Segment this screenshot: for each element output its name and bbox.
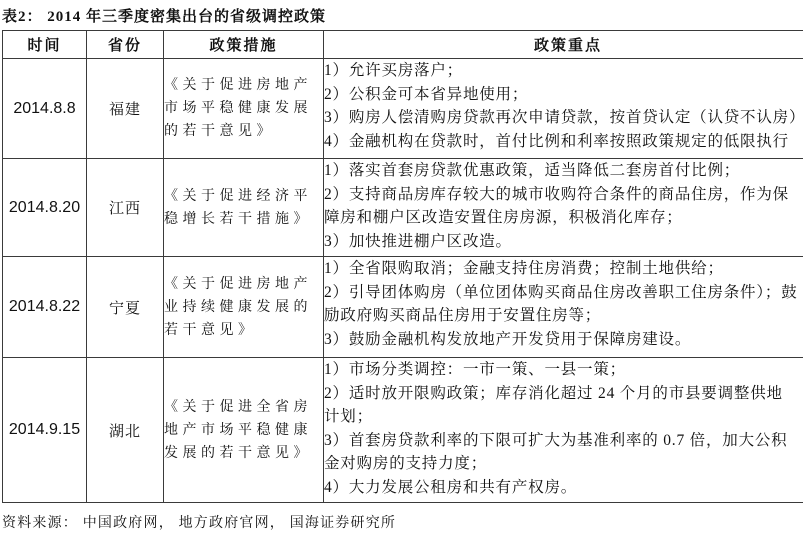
date-cell: 2014.9.15 (3, 358, 87, 503)
policy-point-line: 3）首套房贷款利率的下限可扩大为基准利率的 0.7 倍，加大公积 (324, 429, 803, 453)
table-title: 表2： 2014 年三季度密集出台的省级调控政策 (2, 5, 326, 26)
measure-line: 《关于促进房地产 (164, 273, 323, 296)
table-row: 2014.8.22 宁夏 《关于促进房地产 业持续健康发展的 若干意见》 1）全… (3, 257, 803, 358)
measure-line: 《关于促进房地产 (164, 74, 323, 97)
measure-cell: 《关于促进经济平 稳增长若干措施》 (164, 159, 324, 257)
province-cell: 湖北 (87, 358, 164, 503)
measure-cell: 《关于促进房地产 市场平稳健康发展 的若干意见》 (164, 59, 324, 159)
policy-point-line: 4）大力发展公租房和共有产权房。 (324, 476, 803, 500)
policy-points-cell: 1）全省限购取消；金融支持住房消费；控制土地供给； 2）引导团体购房（单位团体购… (324, 257, 803, 358)
column-header-province: 省份 (87, 31, 164, 59)
policy-point-line: 3）购房人偿清购房贷款再次申请贷款，按首贷认定（认贷不认房） (324, 106, 803, 130)
policy-points-cell: 1）允许买房落户； 2）公积金可本省异地使用； 3）购房人偿清购房贷款再次申请贷… (324, 59, 803, 159)
measure-line: 业持续健康发展的 (164, 296, 323, 319)
source-note: 资料来源： 中国政府网， 地方政府官网， 国海证券研究所 (2, 512, 396, 532)
header-row: 时间 省份 政策措施 政策重点 (3, 31, 803, 59)
policy-point-line: 励政府购买商品住房用于安置住房等； (324, 304, 803, 328)
measure-line: 发展的若干意见》 (164, 442, 323, 465)
policy-points-cell: 1）市场分类调控：一市一策、一县一策； 2）适时放开限购政策；库存消化超过 24… (324, 358, 803, 503)
measure-line: 的若干意见》 (164, 120, 323, 143)
report-table-page: 表2： 2014 年三季度密集出台的省级调控政策 时间 省份 政策措施 政策重点… (0, 0, 803, 542)
measure-cell: 《关于促进房地产 业持续健康发展的 若干意见》 (164, 257, 324, 358)
measure-line: 《关于促进经济平 (164, 185, 323, 208)
column-header-time: 时间 (3, 31, 87, 59)
province-cell: 江西 (87, 159, 164, 257)
measure-line: 稳增长若干措施》 (164, 208, 323, 231)
column-header-measure: 政策措施 (164, 31, 324, 59)
policy-point-line: 3）鼓励金融机构发放地产开发贷用于保障房建设。 (324, 328, 803, 352)
table-row: 2014.9.15 湖北 《关于促进全省房 地产市场平稳健康 发展的若干意见》 … (3, 358, 803, 503)
date-cell: 2014.8.20 (3, 159, 87, 257)
measure-line: 《关于促进全省房 (164, 396, 323, 419)
policy-point-line: 2）适时放开限购政策；库存消化超过 24 个月的市县要调整供地 (324, 382, 803, 406)
date-cell: 2014.8.22 (3, 257, 87, 358)
policy-point-line: 计划； (324, 405, 803, 429)
date-cell: 2014.8.8 (3, 59, 87, 159)
policy-point-line: 金对购房的支持力度； (324, 452, 803, 476)
policy-point-line: 2）公积金可本省异地使用； (324, 83, 803, 107)
policy-point-line: 1）全省限购取消；金融支持住房消费；控制土地供给； (324, 257, 803, 281)
policy-table: 时间 省份 政策措施 政策重点 2014.8.8 福建 《关于促进房地产 市场平… (2, 30, 803, 503)
measure-line: 市场平稳健康发展 (164, 97, 323, 120)
policy-point-line: 1）市场分类调控：一市一策、一县一策； (324, 358, 803, 382)
measure-cell: 《关于促进全省房 地产市场平稳健康 发展的若干意见》 (164, 358, 324, 503)
policy-point-line: 1）落实首套房贷款优惠政策，适当降低二套房首付比例； (324, 159, 803, 183)
measure-line: 地产市场平稳健康 (164, 419, 323, 442)
policy-point-line: 4）金融机构在贷款时，首付比例和利率按照政策规定的低限执行 (324, 130, 803, 154)
table-row: 2014.8.20 江西 《关于促进经济平 稳增长若干措施》 1）落实首套房贷款… (3, 159, 803, 257)
policy-point-line: 2）引导团体购房（单位团体购买商品住房改善职工住房条件）；鼓 (324, 281, 803, 305)
policy-points-cell: 1）落实首套房贷款优惠政策，适当降低二套房首付比例； 2）支持商品房库存较大的城… (324, 159, 803, 257)
column-header-points: 政策重点 (324, 31, 803, 59)
province-cell: 福建 (87, 59, 164, 159)
policy-point-line: 3）加快推进棚户区改造。 (324, 230, 803, 254)
table-row: 2014.8.8 福建 《关于促进房地产 市场平稳健康发展 的若干意见》 1）允… (3, 59, 803, 159)
province-cell: 宁夏 (87, 257, 164, 358)
policy-point-line: 障房和棚户区改造安置住房房源，积极消化库存； (324, 206, 803, 230)
measure-line: 若干意见》 (164, 319, 323, 342)
policy-point-line: 1）允许买房落户； (324, 59, 803, 83)
policy-point-line: 2）支持商品房库存较大的城市收购符合条件的商品住房，作为保 (324, 183, 803, 207)
